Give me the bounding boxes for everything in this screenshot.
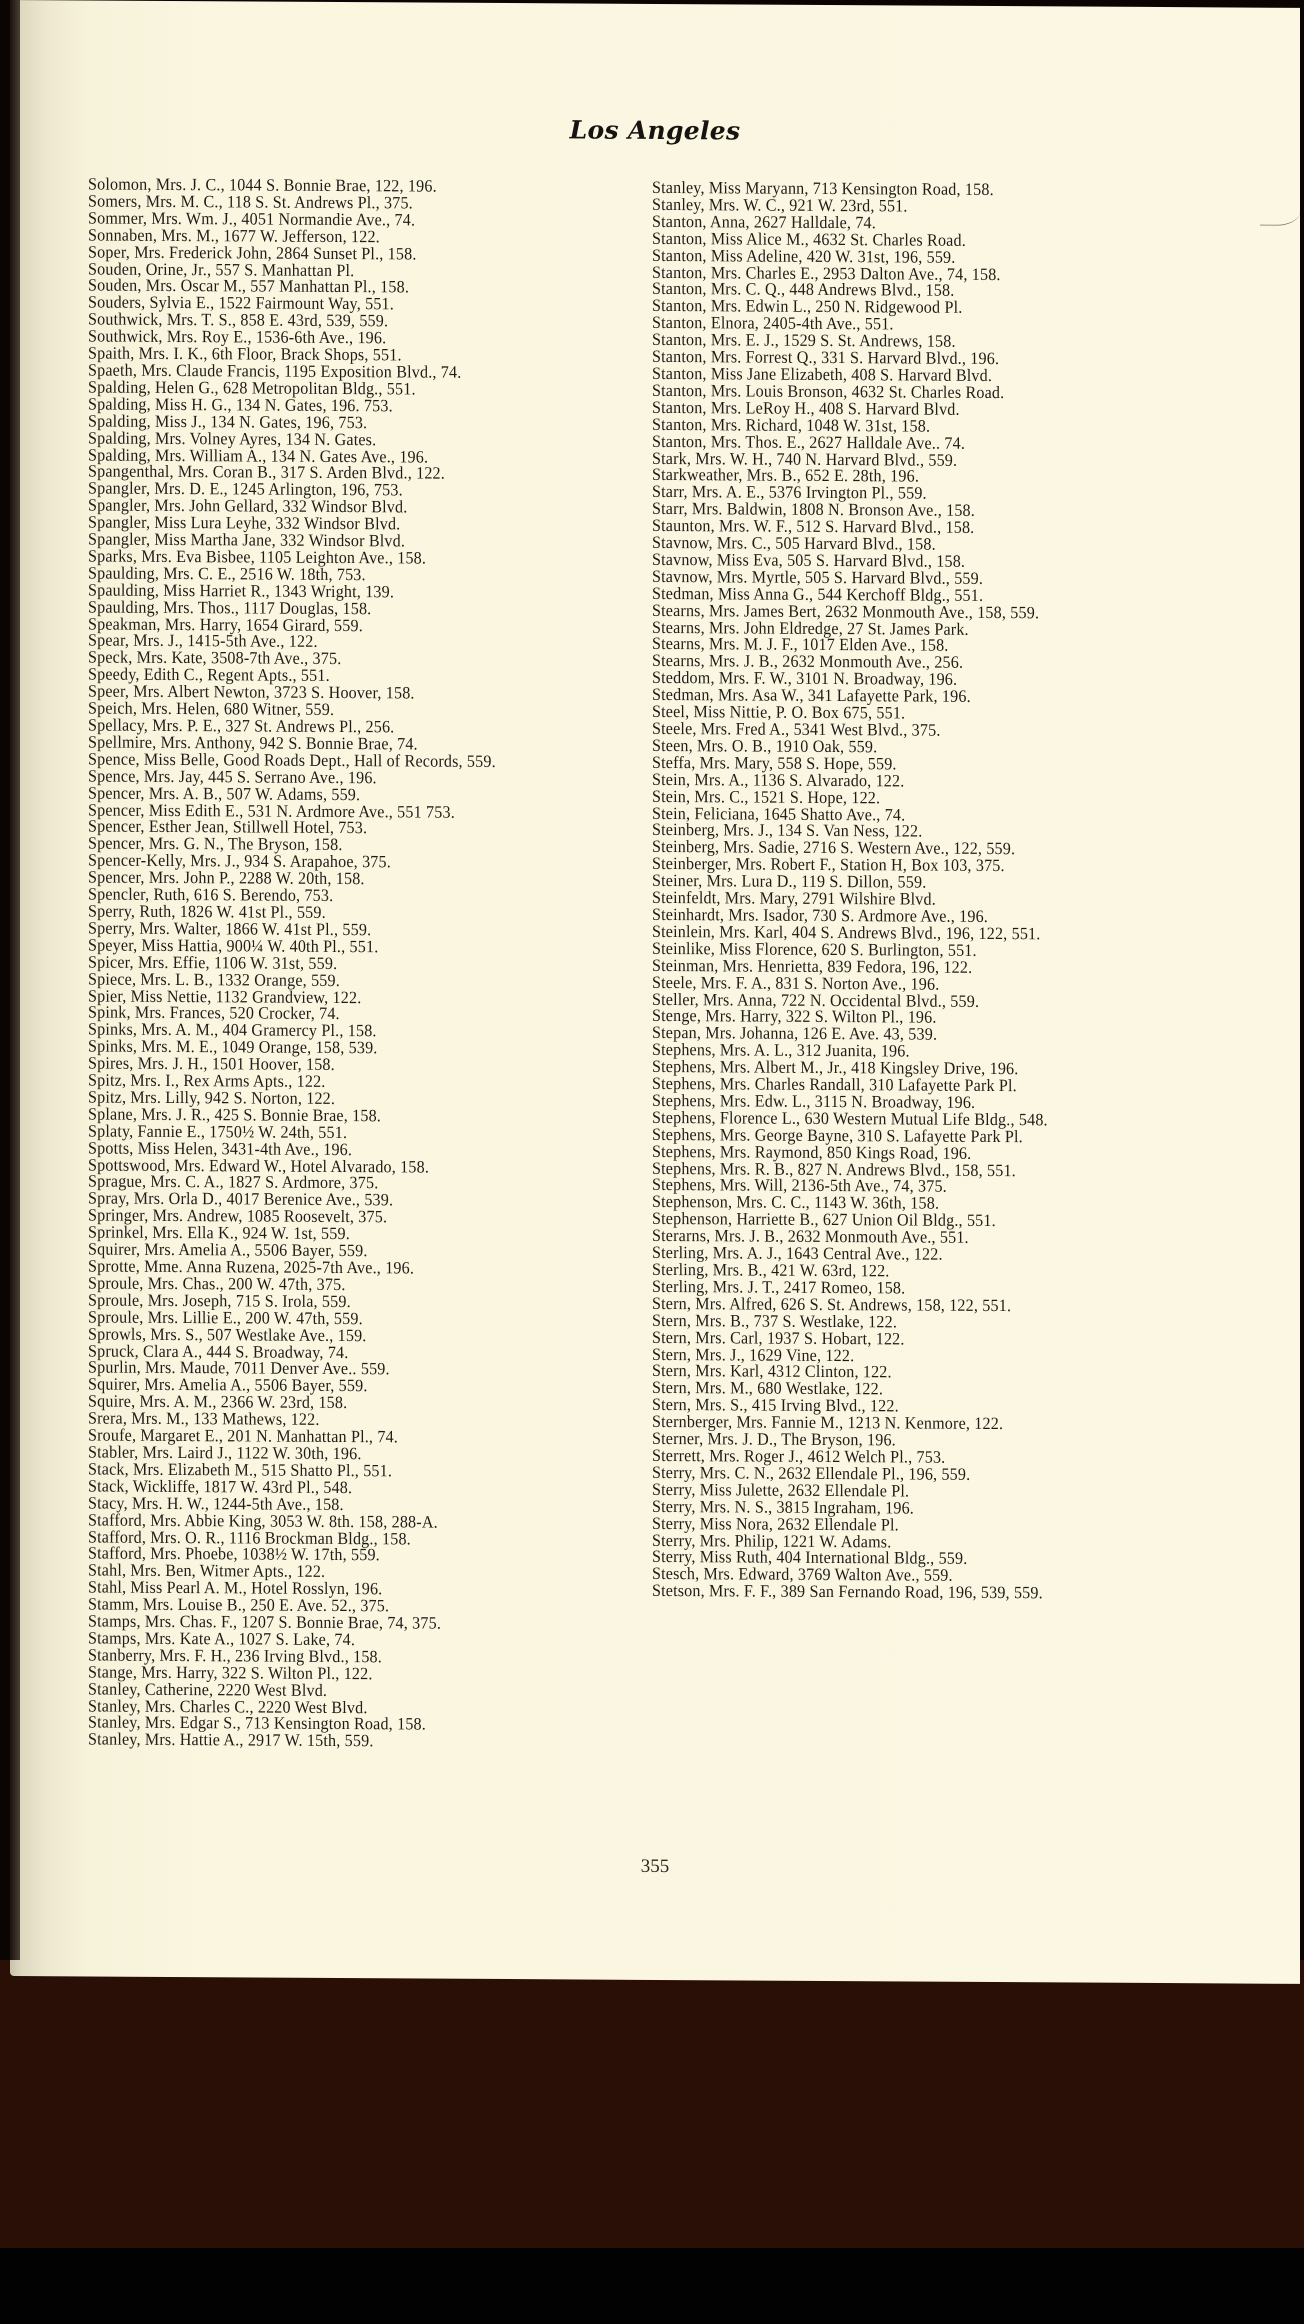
dark-background xyxy=(0,1960,1304,2260)
directory-entry: Stanley, Mrs. Hattie A., 2917 W. 15th, 5… xyxy=(88,1732,681,1753)
directory-column-right: Stanley, Miss Maryann, 713 Kensington Ro… xyxy=(652,180,1232,1604)
page-number: 355 xyxy=(10,1852,1300,1882)
paper-curl-mark xyxy=(1260,203,1300,226)
book-page: Los Angeles Solomon, Mrs. J. C., 1044 S.… xyxy=(10,0,1300,1984)
book-gutter xyxy=(10,0,20,1960)
directory-entry: Stetson, Mrs. F. F., 389 San Fernando Ro… xyxy=(652,1583,1260,1604)
scan-bottom-edge xyxy=(0,2248,1304,2324)
page-title: Los Angeles xyxy=(10,112,1300,149)
directory-column-left: Solomon, Mrs. J. C., 1044 S. Bonnie Brae… xyxy=(88,176,648,1752)
